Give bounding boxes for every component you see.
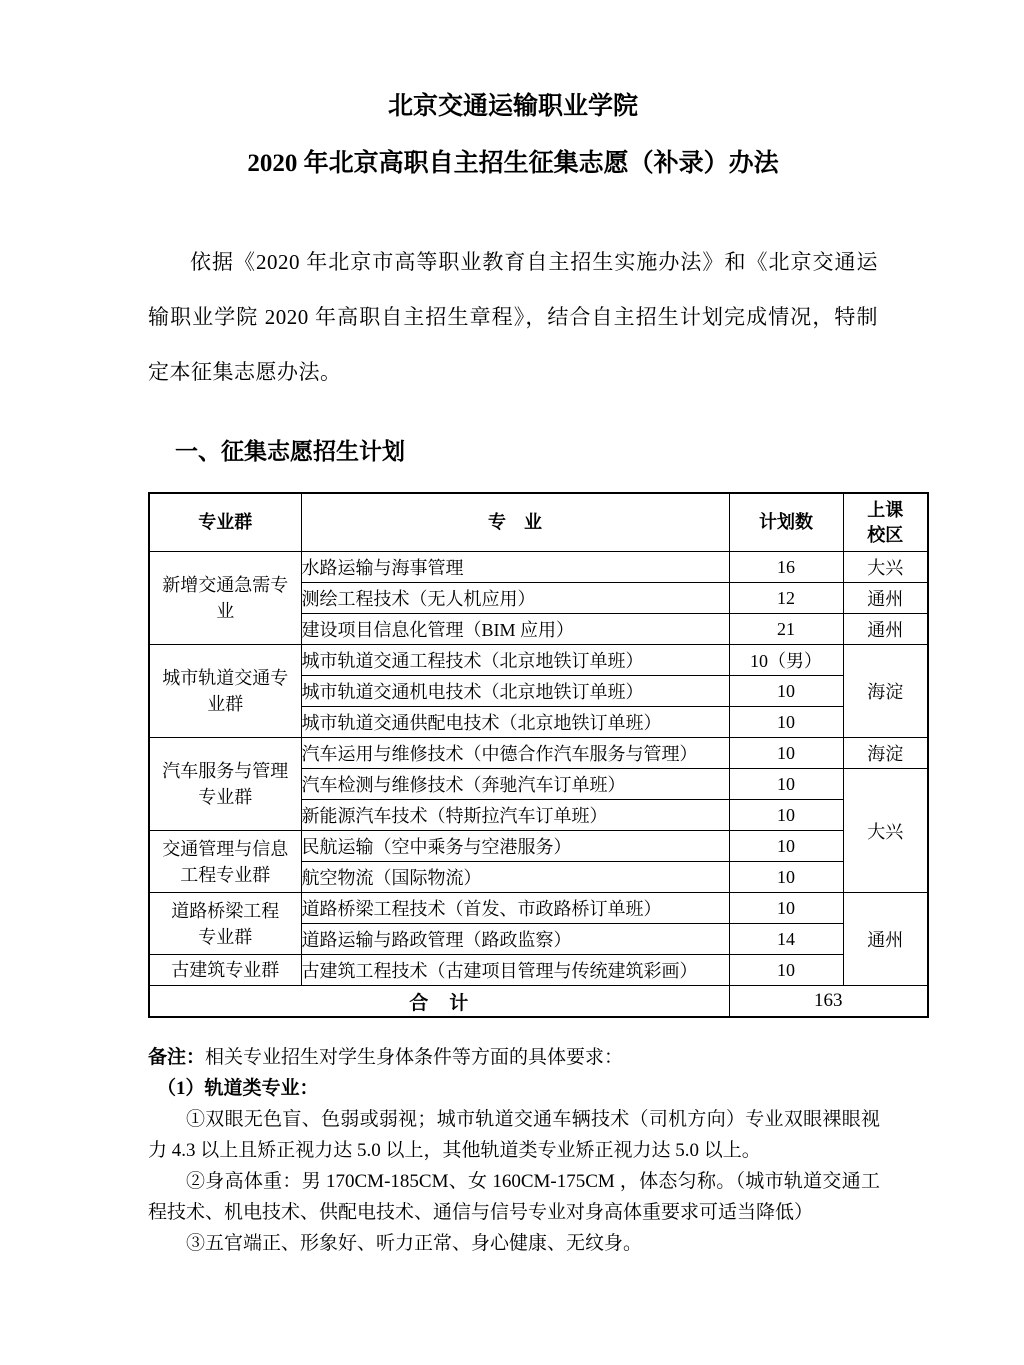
table-row: 古建筑专业群 古建筑工程技术（古建项目管理与传统建筑彩画） 10 (149, 955, 928, 986)
plan-cell: 16 (729, 552, 843, 583)
group-cell: 道路桥梁工程 专业群 (149, 893, 301, 955)
group-cell: 新增交通急需专 业 (149, 552, 301, 645)
major-cell: 新能源汽车技术（特斯拉汽车订单班） (301, 800, 729, 831)
major-cell: 城市轨道交通工程技术（北京地铁订单班） (301, 645, 729, 676)
plan-cell: 12 (729, 583, 843, 614)
group-cell: 古建筑专业群 (149, 955, 301, 986)
note-item-3: ③五官端正、形象好、听力正常、身心健康、无纹身。 (148, 1228, 880, 1259)
plan-cell: 10 (729, 738, 843, 769)
campus-cell: 海淀 (843, 645, 928, 738)
plan-cell: 10 (729, 707, 843, 738)
plan-cell: 10 (729, 893, 843, 924)
campus-cell: 大兴 (843, 769, 928, 893)
plan-cell: 10 (729, 831, 843, 862)
group-cell: 汽车服务与管理 专业群 (149, 738, 301, 831)
table-row: 新增交通急需专 业 水路运输与海事管理 16 大兴 (149, 552, 928, 583)
major-cell: 城市轨道交通机电技术（北京地铁订单班） (301, 676, 729, 707)
plan-cell: 10 (729, 955, 843, 986)
document-title-line2: 2020 年北京高职自主招生征集志愿（补录）办法 (148, 150, 878, 178)
campus-cell: 通州 (843, 893, 928, 986)
notes-section: 备注：相关专业招生对学生身体条件等方面的具体要求： （1）轨道类专业： ①双眼无… (148, 1042, 880, 1259)
campus-cell: 通州 (843, 583, 928, 614)
note-item-1: ①双眼无色盲、色弱或弱视；城市轨道交通车辆技术（司机方向）专业双眼裸眼视力 4.… (148, 1104, 880, 1166)
intro-paragraph: 依据《2020 年北京市高等职业教育自主招生实施办法》和《北京交通运输职业学院 … (148, 235, 878, 400)
plan-cell: 10 (729, 800, 843, 831)
section1-heading: 一、征集志愿招生计划 (148, 437, 1024, 466)
campus-cell: 海淀 (843, 738, 928, 769)
campus-cell: 通州 (843, 614, 928, 645)
table-row: 道路桥梁工程 专业群 道路桥梁工程技术（首发、市政路桥订单班） 10 通州 (149, 893, 928, 924)
major-cell: 汽车检测与维修技术（奔驰汽车订单班） (301, 769, 729, 800)
group-cell: 城市轨道交通专 业群 (149, 645, 301, 738)
major-cell: 汽车运用与维修技术（中德合作汽车服务与管理） (301, 738, 729, 769)
admission-plan-table: 专业群 专 业 计划数 上课 校区 新增交通急需专 业 水路运输与海事管理 16… (148, 492, 929, 1018)
major-cell: 水路运输与海事管理 (301, 552, 729, 583)
note-item-2: ②身高体重：男 170CM-185CM、女 160CM-175CM ，体态匀称。… (148, 1166, 880, 1228)
document-content: 北京交通运输职业学院 2020 年北京高职自主招生征集志愿（补录）办法 依据《2… (0, 0, 1024, 1259)
group-cell: 交通管理与信息 工程专业群 (149, 831, 301, 893)
notes-label: 备注： (148, 1047, 205, 1068)
plan-cell: 10（男） (729, 645, 843, 676)
col-header-group: 专业群 (149, 493, 301, 552)
notes-intro-line: 备注：相关专业招生对学生身体条件等方面的具体要求： (148, 1042, 880, 1073)
campus-cell: 大兴 (843, 552, 928, 583)
table-header-row: 专业群 专 业 计划数 上课 校区 (149, 493, 928, 552)
table-row: 汽车服务与管理 专业群 汽车运用与维修技术（中德合作汽车服务与管理） 10 海淀 (149, 738, 928, 769)
plan-cell: 10 (729, 769, 843, 800)
table-row: 交通管理与信息 工程专业群 民航运输（空中乘务与空港服务） 10 (149, 831, 928, 862)
plan-cell: 10 (729, 862, 843, 893)
document-title-line1: 北京交通运输职业学院 (148, 93, 878, 121)
major-cell: 测绘工程技术（无人机应用） (301, 583, 729, 614)
plan-cell: 10 (729, 676, 843, 707)
col-header-major: 专 业 (301, 493, 729, 552)
table-row: 城市轨道交通专 业群 城市轨道交通工程技术（北京地铁订单班） 10（男） 海淀 (149, 645, 928, 676)
notes-sub1-heading: （1）轨道类专业： (148, 1073, 880, 1104)
plan-cell: 21 (729, 614, 843, 645)
notes-intro-text: 相关专业招生对学生身体条件等方面的具体要求： (205, 1047, 623, 1068)
total-label-cell: 合 计 (149, 986, 729, 1018)
major-cell: 建设项目信息化管理（BIM 应用） (301, 614, 729, 645)
major-cell: 道路运输与路政管理（路政监察） (301, 924, 729, 955)
major-cell: 航空物流（国际物流） (301, 862, 729, 893)
table-total-row: 合 计 163 (149, 986, 928, 1018)
total-value-cell: 163 (729, 986, 928, 1018)
major-cell: 道路桥梁工程技术（首发、市政路桥订单班） (301, 893, 729, 924)
col-header-plan: 计划数 (729, 493, 843, 552)
major-cell: 古建筑工程技术（古建项目管理与传统建筑彩画） (301, 955, 729, 986)
major-cell: 民航运输（空中乘务与空港服务） (301, 831, 729, 862)
col-header-campus: 上课 校区 (843, 493, 928, 552)
major-cell: 城市轨道交通供配电技术（北京地铁订单班） (301, 707, 729, 738)
document-page: 北京交通运输职业学院 2020 年北京高职自主招生征集志愿（补录）办法 依据《2… (0, 0, 1024, 1365)
plan-cell: 14 (729, 924, 843, 955)
